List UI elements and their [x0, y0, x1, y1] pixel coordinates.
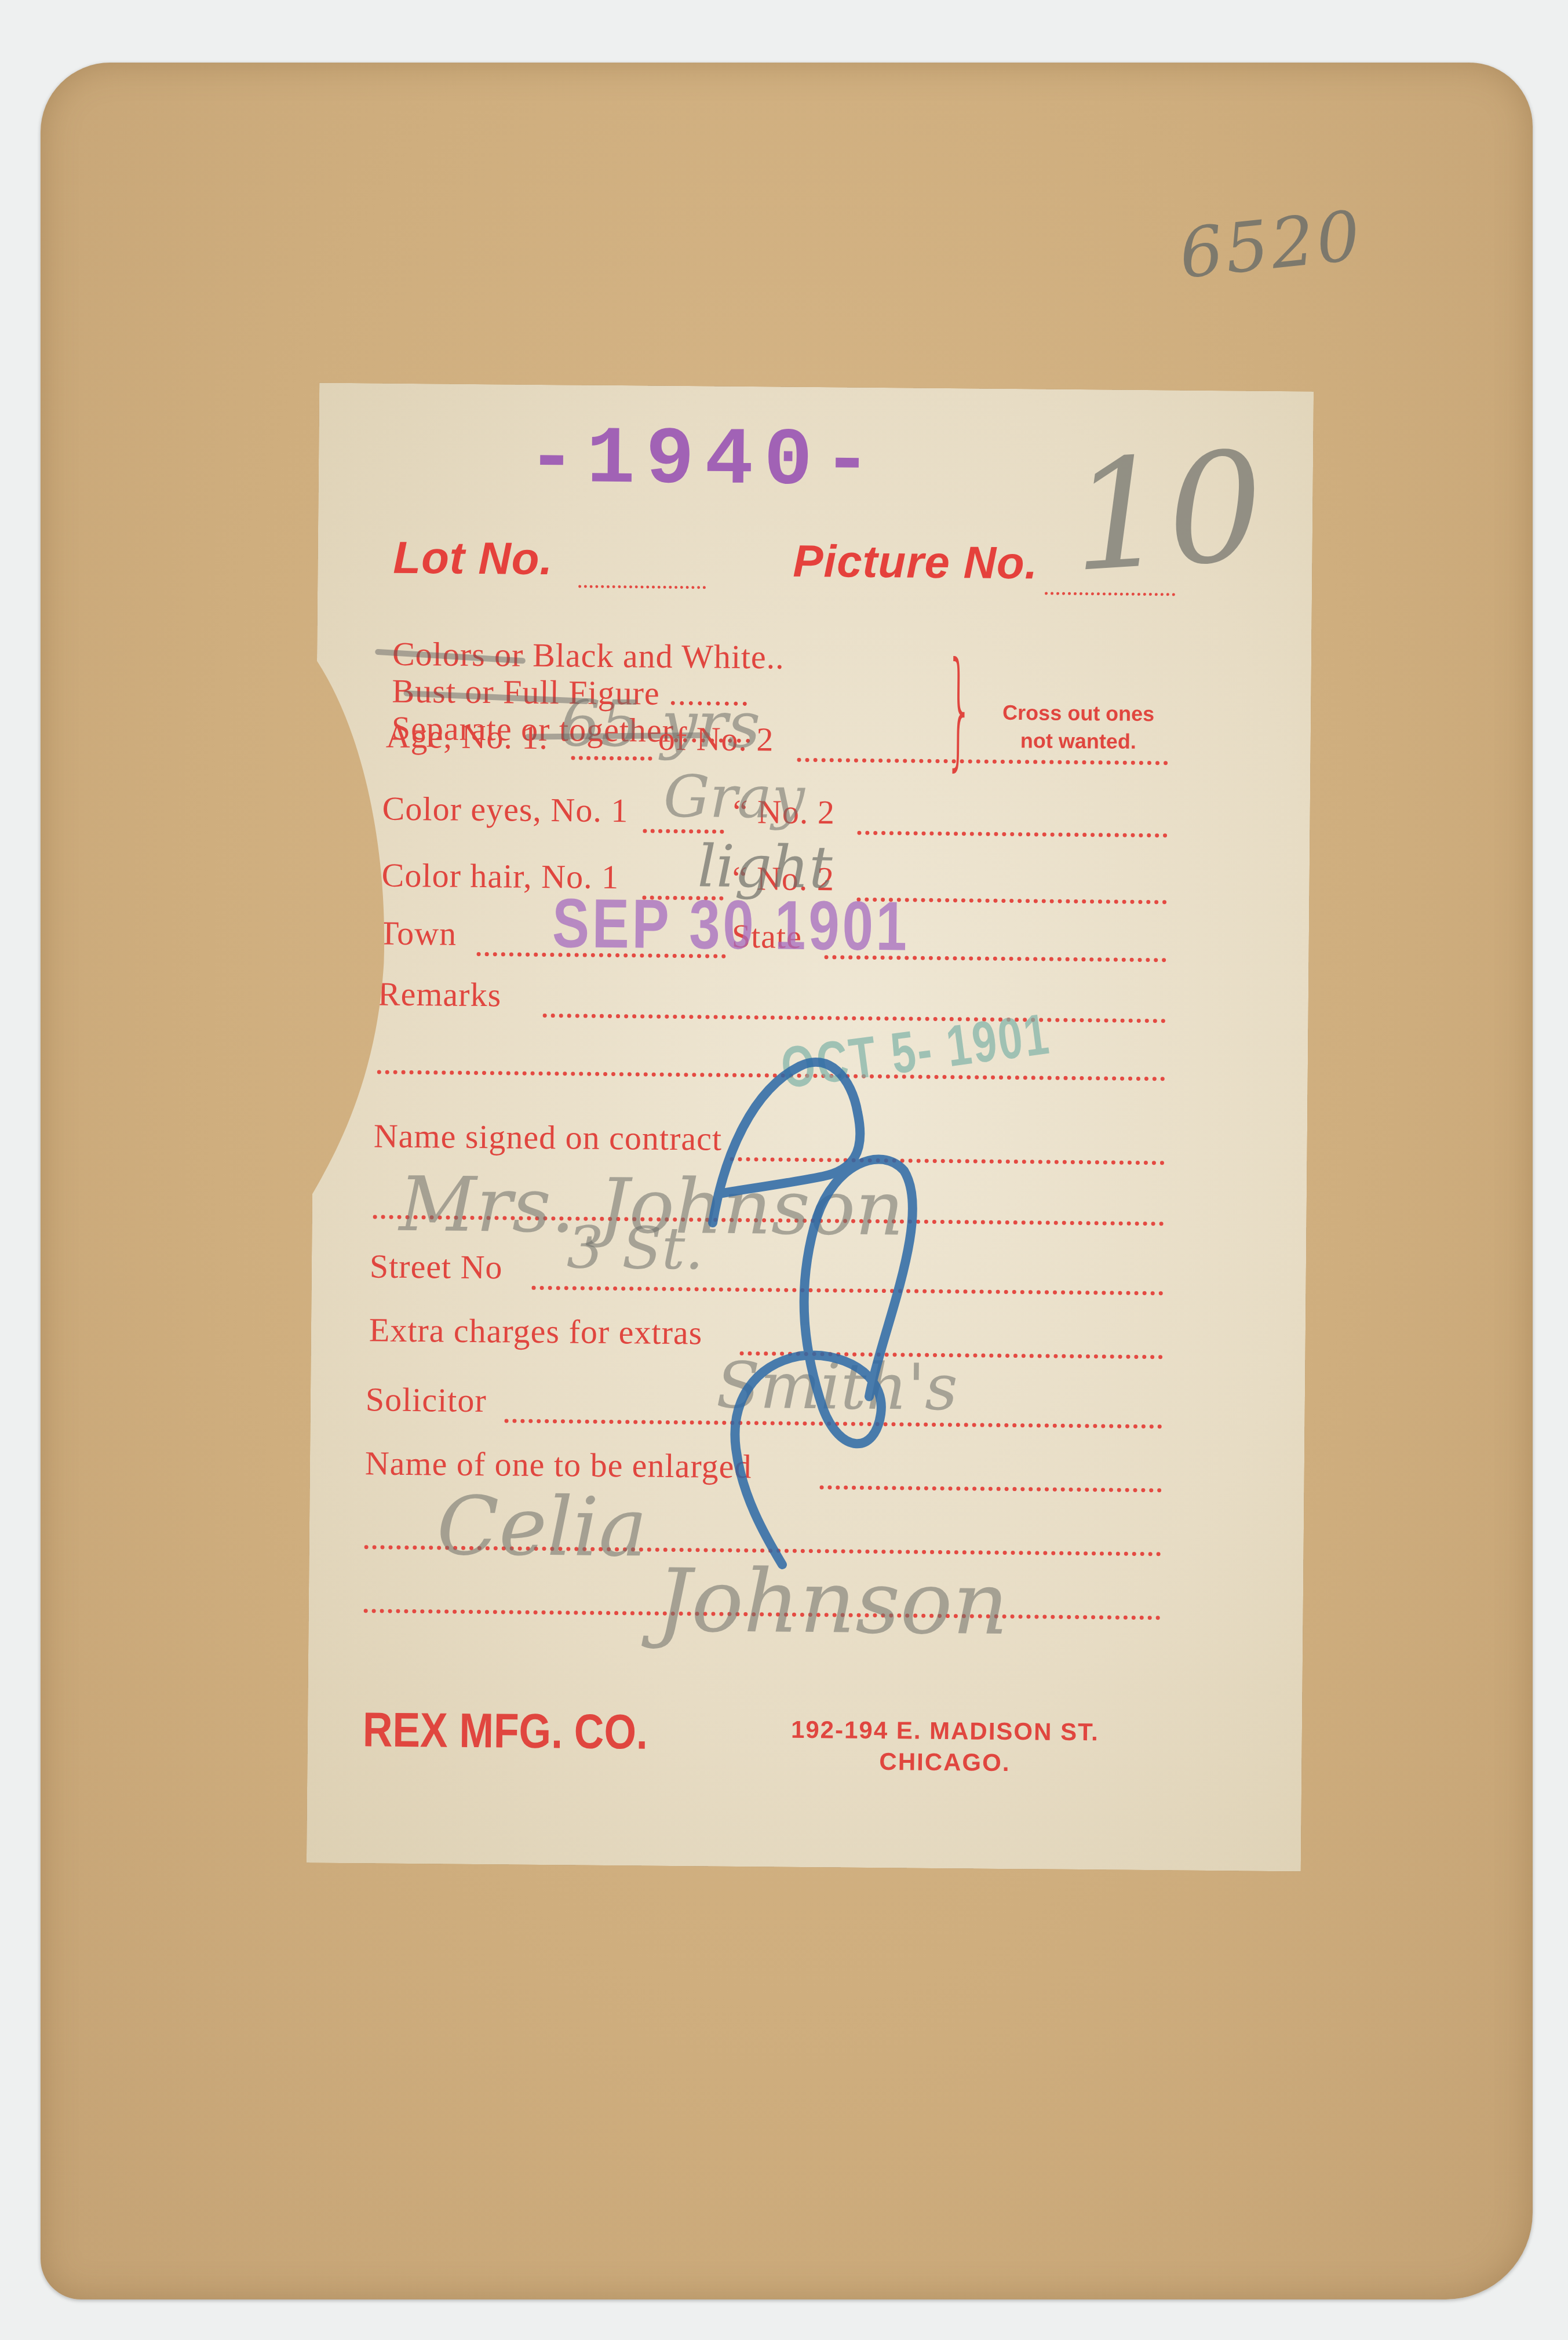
year-stamp: -1940- — [527, 414, 882, 509]
archive-number-note: 6520 — [1176, 195, 1366, 294]
lot-number-field — [578, 585, 706, 589]
enlarged-first-name-handwritten: Celia — [436, 1479, 647, 1575]
street-field — [532, 1286, 1164, 1296]
company-name: REX MFG. CO. — [362, 1701, 648, 1760]
order-form-label: -1940- Lot No. Picture No. 10 Colors or … — [307, 383, 1314, 1872]
town-label: Town — [378, 913, 457, 953]
eyes-handwritten: Gray — [663, 763, 805, 832]
solicitor-label: Solicitor — [366, 1380, 487, 1420]
picture-number-label: Picture No. — [793, 535, 1038, 590]
cross-out-note: Cross out ones not wanted. — [1000, 699, 1157, 756]
enlarged-name-field — [820, 1485, 1162, 1492]
address-city: CHICAGO. — [736, 1745, 1153, 1780]
lot-number-label: Lot No. — [393, 531, 553, 585]
remarks-field — [543, 1014, 1166, 1023]
name-signed-label: Name signed on contract — [374, 1116, 723, 1158]
eyes-no2-field — [857, 831, 1167, 838]
age-no1-label: Age, No. 1. — [386, 717, 549, 756]
cross-out-note-line2: not wanted. — [1000, 727, 1157, 756]
eyes-label: Color eyes, No. 1 — [382, 789, 628, 830]
age-no2-field — [797, 758, 1168, 766]
received-date-stamp: SEP 30 1901 — [552, 883, 910, 966]
age-label: Age, No. 1. — [386, 717, 549, 757]
remarks-label: Remarks — [378, 974, 502, 1014]
enlarged-name-label: Name of one to be enlarged — [365, 1444, 752, 1486]
address-street: 192-194 E. MADISON ST. — [736, 1714, 1154, 1748]
picture-number-value: 10 — [1066, 420, 1268, 606]
company-address: 192-194 E. MADISON ST. CHICAGO. — [736, 1714, 1154, 1780]
enlarged-last-name-handwritten: Johnson — [656, 1551, 1009, 1654]
street-handwritten: 3 St. — [567, 1213, 704, 1282]
extra-charges-label: Extra charges for extras — [369, 1310, 703, 1352]
age-handwritten: 65 yrs — [560, 686, 761, 762]
cross-out-note-line1: Cross out ones — [1000, 699, 1157, 728]
solicitor-handwritten: Smith's — [716, 1348, 958, 1425]
street-label: Street No — [370, 1246, 503, 1286]
remarks-field-line2 — [377, 1070, 1165, 1081]
